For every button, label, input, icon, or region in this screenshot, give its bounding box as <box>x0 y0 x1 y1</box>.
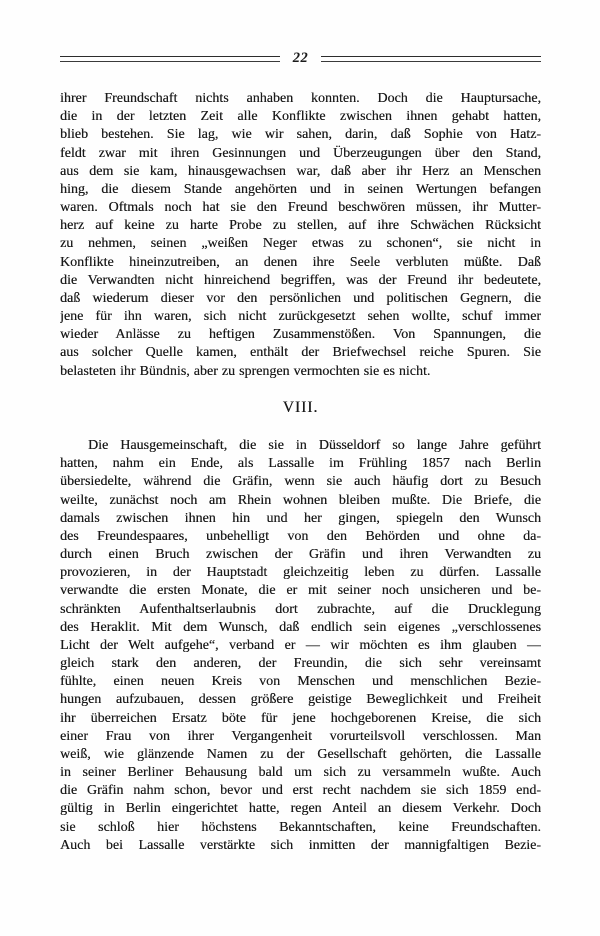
header-rule-left <box>60 56 280 62</box>
text-line: blieb bestehen. Sie lag, wie wir sahen, … <box>60 126 541 144</box>
text-line: Konflikte hineinzutreiben, an denen ihre… <box>60 254 541 272</box>
text-line: Licht der Welt aufgehe“, verband er — wi… <box>60 637 541 655</box>
text-line: ihrer Freundschaft nichts anhaben konnte… <box>60 90 541 108</box>
text-line: aus solcher Quelle kamen, enthält der Br… <box>60 344 541 362</box>
page-number: 22 <box>280 51 322 65</box>
text-line: in seiner Berliner Behausung bald um sic… <box>60 764 541 782</box>
text-line: jene für ihn waren, sich nicht zurückges… <box>60 308 541 326</box>
text-line: feldt zwar mit ihren Gesinnungen und Übe… <box>60 145 541 163</box>
text-line: Auch bei Lassalle verstärkte sich inmitt… <box>60 837 541 855</box>
text-line: des Freundespaares, unbehelligt von den … <box>60 528 541 546</box>
text-line: verwandte die ersten Monate, die er mit … <box>60 582 541 600</box>
text-line: übersiedelte, während die Gräfin, wenn s… <box>60 473 541 491</box>
text-line: damals zwischen ihnen hin und her gingen… <box>60 510 541 528</box>
text-line: fühlte, einen neuen Kreis von Menschen u… <box>60 673 541 691</box>
text-line: wieder Anlässe zu heftigen Zusammenstöße… <box>60 326 541 344</box>
text-line: Die Hausgemeinschaft, die sie in Düsseld… <box>60 437 541 455</box>
text-line: ihr überreichen Ersatz böte für jene hoc… <box>60 710 541 728</box>
text-line: des Heraklit. Mit dem Wunsch, daß endlic… <box>60 619 541 637</box>
paragraph-2: Die Hausgemeinschaft, die sie in Düsseld… <box>60 437 541 855</box>
text-line: hing, die diesem Stande angehörten und i… <box>60 181 541 199</box>
text-line: gültig in Berlin eingerichtet hatte, reg… <box>60 800 541 818</box>
text-line: durch einen Bruch zwischen der Gräfin un… <box>60 546 541 564</box>
text-line: die Gräfin nahm schon, bevor und erst re… <box>60 782 541 800</box>
text-line: gleich stark den anderen, der Freundin, … <box>60 655 541 673</box>
text-line: die in der letzten Zeit alle Konflikte z… <box>60 108 541 126</box>
text-line: einer Frau von ihrer Vergangenheit vorur… <box>60 728 541 746</box>
text-line: weiß, wie glänzende Namen zu der Gesells… <box>60 746 541 764</box>
text-line: zu nehmen, seinen „weißen Neger etwas zu… <box>60 235 541 253</box>
text-line: die Verwandten nicht hinreichend begriff… <box>60 272 541 290</box>
text-line: schränkten Aufenthaltserlaubnis dort zub… <box>60 601 541 619</box>
text-line: aus dem sie kam, hinausgewachsen war, da… <box>60 163 541 181</box>
text-line: hatten, nahm ein Ende, als Lassalle im F… <box>60 455 541 473</box>
text-line: provozieren, in der Hauptstadt gleichzei… <box>60 564 541 582</box>
running-head: 22 <box>60 52 541 66</box>
text-line: hungen aufzubauen, dessen größere geisti… <box>60 691 541 709</box>
text-line: belasteten ihr Bündnis, aber zu sprengen… <box>60 363 541 381</box>
text-line: sie schloß hier höchstens Bekanntschafte… <box>60 819 541 837</box>
header-rule-right <box>321 56 541 62</box>
paragraph-1: ihrer Freundschaft nichts anhaben konnte… <box>60 90 541 381</box>
book-page: 22 ihrer Freundschaft nichts anhaben kon… <box>0 0 600 936</box>
section-heading: VIII. <box>60 399 541 417</box>
text-line: waren. Oftmals noch hat sie den Freund b… <box>60 199 541 217</box>
text-line: daß wiederum dieser vor den persönlichen… <box>60 290 541 308</box>
text-line: herz auf keine zu harte Probe zu stellen… <box>60 217 541 235</box>
text-line: weilte, zunächst noch am Rhein wohnen bl… <box>60 492 541 510</box>
